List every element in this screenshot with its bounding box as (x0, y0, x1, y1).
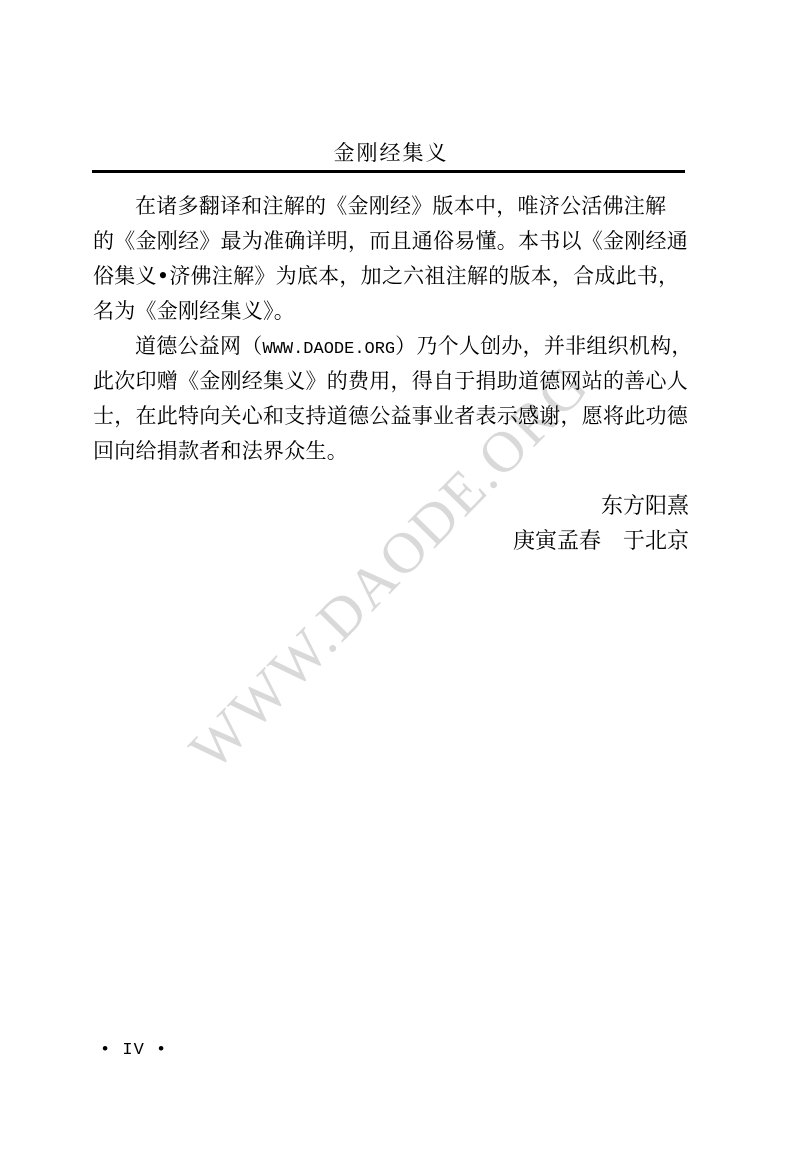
body-line: 的《金刚经》最为准确详明，而且通俗易懂。本书以《金刚经通 (93, 224, 689, 259)
body-line: 士，在此特向关心和支持道德公益事业者表示感谢，愿将此功德 (93, 399, 689, 434)
signature-name: 东方阳熹 (93, 489, 689, 524)
body-line: 此次印赠《金刚经集义》的费用，得自于捐助道德网站的善心人 (93, 364, 689, 399)
signature-block: 东方阳熹 庚寅孟春 于北京 (93, 489, 689, 559)
document-page: WWW.DAODE.ORG 金刚经集义 在诸多翻译和注解的《金刚经》版本中，唯济… (0, 0, 794, 1149)
website-url-text: WWW.DAODE.ORG (263, 340, 396, 359)
body-line: 回向给捐款者和法界众生。 (93, 434, 689, 469)
body-line-segment: ）乃个人创办，并非组织机构， (395, 334, 693, 358)
body-line-segment: 道德公益网（ (135, 334, 263, 358)
signature-date-place: 庚寅孟春 于北京 (93, 524, 689, 559)
body-line: 俗集义•济佛注解》为底本，加之六祖注解的版本，合成此书， (93, 259, 689, 294)
title-rule (92, 170, 685, 173)
page-number: • IV • (100, 1041, 167, 1061)
body-text: 在诸多翻译和注解的《金刚经》版本中，唯济公活佛注解 的《金刚经》最为准确详明，而… (93, 189, 689, 469)
body-line: 名为《金刚经集义》。 (93, 294, 689, 329)
body-line: 在诸多翻译和注解的《金刚经》版本中，唯济公活佛注解 (93, 189, 689, 224)
body-line: 道德公益网（WWW.DAODE.ORG）乃个人创办，并非组织机构， (93, 329, 689, 364)
paragraph: 道德公益网（WWW.DAODE.ORG）乃个人创办，并非组织机构， 此次印赠《金… (93, 329, 689, 469)
paragraph: 在诸多翻译和注解的《金刚经》版本中，唯济公活佛注解 的《金刚经》最为准确详明，而… (93, 189, 689, 329)
page-title: 金刚经集义 (93, 143, 689, 164)
